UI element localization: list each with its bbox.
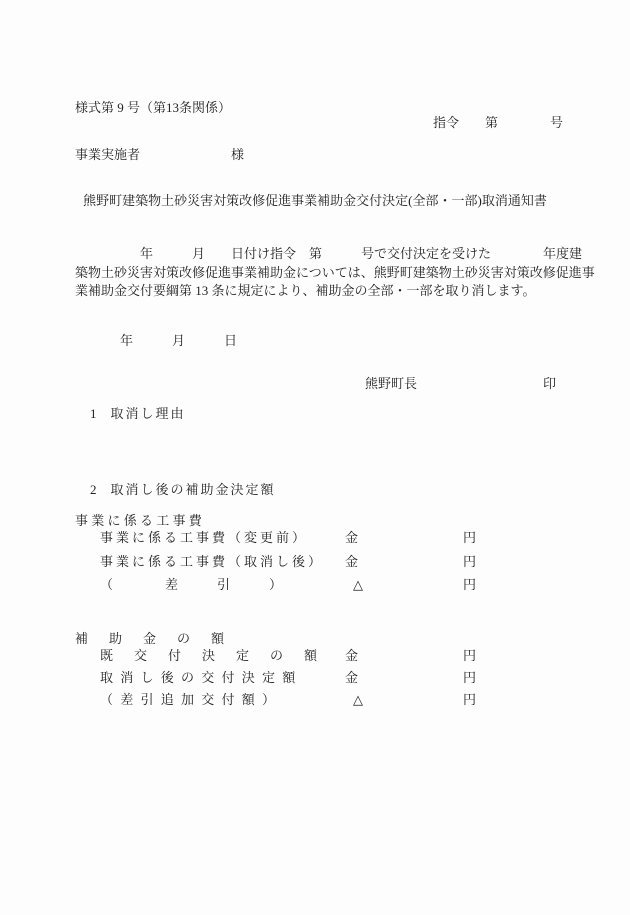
- addressee-line: 事業実施者 様: [75, 146, 244, 163]
- date-line: 年 月 日: [120, 332, 237, 349]
- directive-number-line: 指令 第 号: [433, 114, 563, 131]
- body-line-2: 築物土砂災害対策改修促進事業補助金については、熊野町建築物土砂災害対策改修促進事: [75, 264, 595, 283]
- subsidy-row-label: 既 交 付 決 定 の 額: [100, 647, 321, 664]
- amount-unit: 円: [463, 576, 476, 593]
- section-2-heading: 2取消し後の補助金決定額: [90, 481, 276, 498]
- section-2-title: 取消し後の補助金決定額: [111, 482, 276, 497]
- document-title: 熊野町建築物土砂災害対策改修促進事業補助金交付決定(全部・一部)取消通知書: [0, 192, 630, 209]
- cost-row-after-cancel: 事業に係る工事費（取消し後） 金 円: [0, 553, 630, 570]
- body-line-3: 業補助金交付要綱第 13 条に規定により、補助金の全部・一部を取り消します。: [75, 282, 595, 301]
- cost-row-label: 事業に係る工事費（変更前）: [100, 529, 308, 546]
- subsidy-row-after-cancel: 取 消 し 後 の 交 付 決 定 額 金 円: [0, 669, 630, 686]
- section-1-heading: 1取消し理由: [90, 405, 186, 422]
- cost-row-label: （ 差 引 ）: [100, 576, 282, 593]
- subsidy-row-label: 取 消 し 後 の 交 付 決 定 額: [100, 669, 297, 686]
- amount-prefix: 金: [345, 669, 358, 686]
- amount-unit: 円: [463, 647, 476, 664]
- section-2-number: 2: [90, 481, 97, 498]
- subsidy-row-difference: （ 差 引 追 加 交 付 額 ） △ 円: [0, 691, 630, 708]
- amount-unit: 円: [463, 669, 476, 686]
- amount-prefix: 金: [345, 553, 358, 570]
- triangle-mark: △: [353, 691, 363, 708]
- subsidy-amount-header: 補 助 金 の 額: [75, 630, 228, 647]
- cost-row-label: 事業に係る工事費（取消し後）: [100, 553, 324, 570]
- document-page: 様式第 9 号（第13条関係） 指令 第 号 事業実施者 様 熊野町建築物土砂災…: [0, 0, 630, 915]
- cost-row-difference: （ 差 引 ） △ 円: [0, 576, 630, 593]
- amount-prefix: 金: [345, 529, 358, 546]
- amount-unit: 円: [463, 553, 476, 570]
- amount-unit: 円: [463, 691, 476, 708]
- subsidy-row-label: （ 差 引 追 加 交 付 額 ）: [100, 691, 277, 708]
- section-1-number: 1: [90, 405, 97, 422]
- section-1-title: 取消し理由: [111, 406, 186, 421]
- construction-cost-header: 事 業 に 係 る 工 事 費: [75, 512, 202, 529]
- cost-row-before-change: 事業に係る工事費（変更前） 金 円: [0, 529, 630, 546]
- amount-prefix: 金: [345, 647, 358, 664]
- body-line-1: 年 月 日付け指令 第 号で交付決定を受けた 年度建: [75, 245, 595, 264]
- form-number-label: 様式第 9 号（第13条関係）: [75, 99, 231, 116]
- body-paragraph: 年 月 日付け指令 第 号で交付決定を受けた 年度建 築物土砂災害対策改修促進事…: [75, 245, 595, 301]
- seal-mark: 印: [543, 375, 556, 392]
- triangle-mark: △: [353, 576, 363, 593]
- amount-unit: 円: [463, 529, 476, 546]
- mayor-signature-line: 熊野町長 印: [0, 375, 630, 392]
- subsidy-row-already-granted: 既 交 付 決 定 の 額 金 円: [0, 647, 630, 664]
- mayor-title: 熊野町長: [365, 375, 417, 392]
